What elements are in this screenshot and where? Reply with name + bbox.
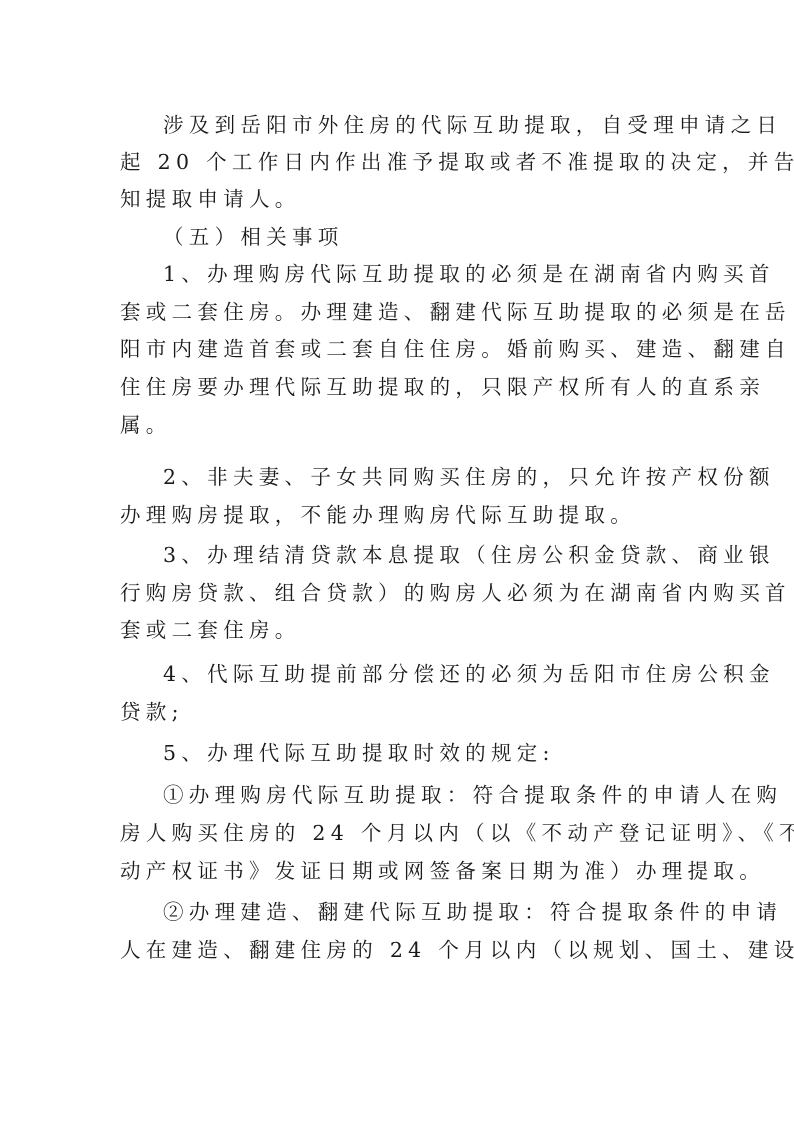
item-3-line: 套或二套住房。 [120,615,676,645]
item-5-2-line: 人在建造、翻建住房的 24 个月以内（以规划、国土、建设 [120,935,676,965]
item-5-1-line: 动产权证书》发证日期或网签备案日期为准）办理提取。 [120,856,676,886]
item-5-heading: 5、办理代际互助提取时效的规定: [163,738,676,768]
item-4-line: 4、代际互助提前部分偿还的必须为岳阳市住房公积金 [163,659,676,689]
paragraph-line: 知提取申请人。 [120,184,676,214]
item-1-line: 1、办理购房代际互助提取的必须是在湖南省内购买首 [163,259,676,289]
paragraph-line: 涉及到岳阳市外住房的代际互助提取，自受理申请之日 [163,110,676,140]
document-page: 涉及到岳阳市外住房的代际互助提取，自受理申请之日 起 20 个工作日内作出准予提… [0,0,794,1122]
item-3-line: 行购房贷款、组合贷款）的购房人必须为在湖南省内购买首 [120,578,676,608]
item-4-line: 贷款; [120,697,676,727]
item-2-line: 办理购房提取，不能办理购房代际互助提取。 [120,500,676,530]
item-1-line: 住住房要办理代际互助提取的，只限产权所有人的直系亲 [120,372,676,402]
item-5-1-line: 房人购买住房的 24 个月以内（以《不动产登记证明》、《不 [120,818,676,848]
item-2-line: 2、非夫妻、子女共同购买住房的，只允许按产权份额 [163,462,676,492]
item-5-1-line: ①办理购房代际互助提取：符合提取条件的申请人在购 [163,780,676,810]
item-1-line: 套或二套住房。办理建造、翻建代际互助提取的必须是在岳 [120,297,676,327]
paragraph-line: 起 20 个工作日内作出准予提取或者不准提取的决定，并告 [120,147,676,177]
item-5-2-line: ②办理建造、翻建代际互助提取：符合提取条件的申请 [163,897,676,927]
item-1-line: 属。 [120,410,676,440]
section-heading: （五）相关事项 [163,222,676,252]
item-1-line: 阳市内建造首套或二套自住住房。婚前购买、建造、翻建自 [120,334,676,364]
item-3-line: 3、办理结清贷款本息提取（住房公积金贷款、商业银 [163,540,676,570]
